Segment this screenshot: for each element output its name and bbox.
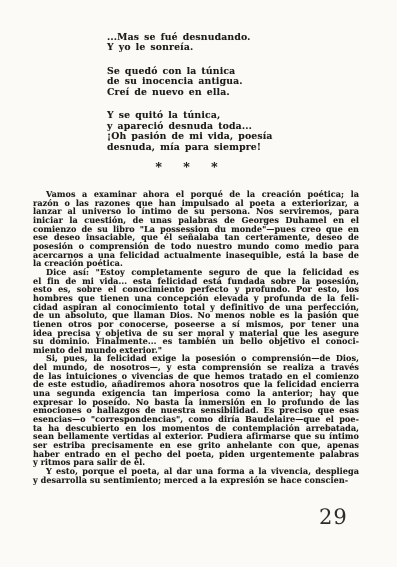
poem: ...Mas se fué desnudando.Y yo le sonreía… (107, 33, 273, 166)
poem-line: desnuda, mía para siempre! (107, 143, 273, 153)
prose: Vamos a examinar ahora el porqué de la c… (33, 190, 359, 484)
paragraph: Si, pues, la felicidad exige la posesión… (33, 354, 359, 467)
poem-stanza: Y se quitó la túnica,y apareció desnuda … (107, 111, 273, 153)
paragraph: Dice así: "Estoy completamente seguro de… (33, 268, 359, 355)
page-number: 29 (319, 505, 348, 529)
poem-stanza: ...Mas se fué desnudando.Y yo le sonreía… (107, 33, 273, 54)
poem-line: Creí de nuevo en ella. (107, 88, 273, 98)
book-page: ...Mas se fué desnudando.Y yo le sonreía… (0, 0, 397, 567)
poem-line: Y yo le sonreía. (107, 43, 273, 53)
paragraph: Y esto, porque el poeta, al dar una form… (33, 467, 359, 484)
poem-stanza: Se quedó con la túnicade su inocencia an… (107, 67, 273, 98)
prose-line: y desarrolla su sentimiento; merced a la… (33, 476, 359, 485)
section-separator: * * * (0, 159, 373, 174)
paragraph: Vamos a examinar ahora el porqué de la c… (33, 190, 359, 268)
